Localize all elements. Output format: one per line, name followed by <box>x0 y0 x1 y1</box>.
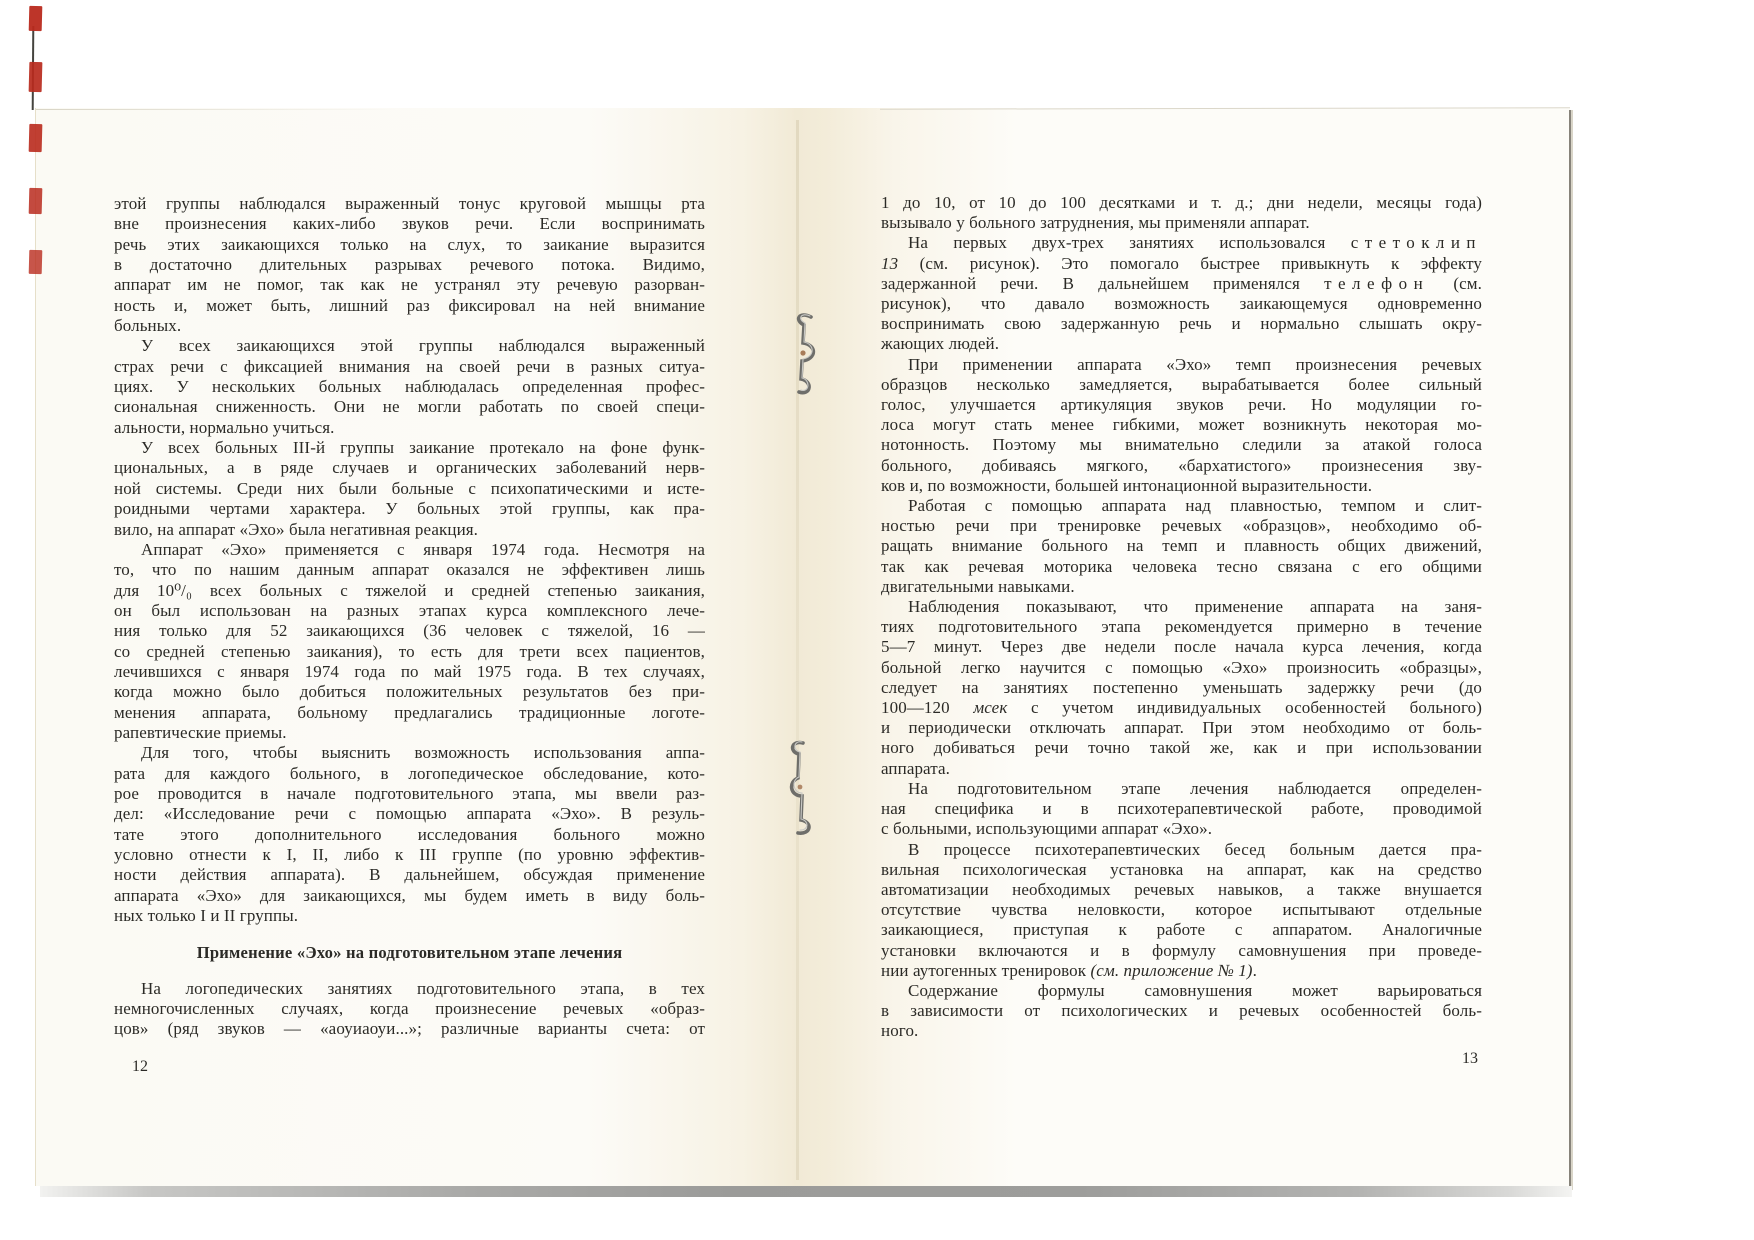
section-heading: Применение «Эхо» на подготовительном эта… <box>114 943 705 963</box>
text-line: рое проводится в начале подготовительног… <box>114 784 705 804</box>
edge-mark <box>29 6 43 31</box>
text-line: вне произнесения каких-либо звуков речи.… <box>114 214 705 234</box>
text-line: цов» (ряд звуков — «аоуиаоуи...»; различ… <box>114 1019 705 1039</box>
text-line: в достаточно длительных разрывах речевог… <box>114 255 705 275</box>
text-line: образцов несколько замедляется, вырабаты… <box>881 375 1482 395</box>
text-line: лечившихся с января 1974 года по май 197… <box>114 662 705 682</box>
page-edge-top-left <box>36 109 396 110</box>
text-line: ных только I и II группы. <box>114 906 705 926</box>
paragraph: Содержание формулы самовнушения может ва… <box>881 981 1482 1042</box>
paragraph: Наблюдения показывают, что применение ап… <box>881 597 1482 779</box>
page-number-right: 13 <box>1462 1050 1478 1068</box>
text-line: ков и, по возможности, большей интонацио… <box>881 476 1482 496</box>
text-line: установки включаются и в формулу самовну… <box>881 941 1482 961</box>
text-line: ная специфика и в психотерапевтической р… <box>881 799 1482 819</box>
text-line: циональных, а в ряде случаев и органичес… <box>114 458 705 478</box>
text-line: На логопедических занятиях подготовитель… <box>114 979 705 999</box>
text-line: рисунок), что давало возможность заикающ… <box>881 294 1482 314</box>
edge-mark <box>29 62 43 92</box>
text-line: роидными чертами характера. У больных эт… <box>114 499 705 519</box>
text-line: нии аутогенных тренировок (см. приложени… <box>881 961 1482 981</box>
text-line: ностью речи при тренировке речевых «обра… <box>881 516 1482 536</box>
text-line: сиональная сниженность. Они не могли раб… <box>114 397 705 417</box>
text-line: Работая с помощью аппарата над плавность… <box>881 496 1482 516</box>
text-line: ращать внимание больного на темп и плавн… <box>881 536 1482 556</box>
edge-mark <box>29 250 43 274</box>
paragraph: На первых двух-трех занятиях использовал… <box>881 233 1482 354</box>
text-line: На первых двух-трех занятиях использовал… <box>881 233 1482 253</box>
text-line: этой группы наблюдался выраженный тонус … <box>114 194 705 214</box>
text-line: аппарата. <box>881 759 1482 779</box>
text-line: больной легко научится с помощью «Эхо» п… <box>881 658 1482 678</box>
text-line: ность и, может быть, лишний раз фиксиров… <box>114 296 705 316</box>
gutter-crease <box>796 120 799 1180</box>
paragraph: В процессе психотерапевтических бесед бо… <box>881 840 1482 981</box>
text-line: речь этих заикающихся только на слух, то… <box>114 235 705 255</box>
text-line: В процессе психотерапевтических бесед бо… <box>881 840 1482 860</box>
text-line: рапевтические приемы. <box>114 723 705 743</box>
text-line: ности действия аппарата). В дальнейшем, … <box>114 865 705 885</box>
page-left-text: этой группы наблюдался выраженный тонус … <box>114 194 705 1040</box>
text-line: ного добиваться речи точно такой же, как… <box>881 738 1482 758</box>
text-line: Наблюдения показывают, что применение ап… <box>881 597 1482 617</box>
paragraph: У всех больных III-й группы заикание про… <box>114 438 705 540</box>
text-line: со средней степенью заикания), то есть д… <box>114 642 705 662</box>
text-line: условно отнести к I, II, либо к III груп… <box>114 845 705 865</box>
text-line: 5—7 минут. Через две недели после начала… <box>881 637 1482 657</box>
text-line: вызывало у больного затруднения, мы прим… <box>881 213 1482 233</box>
paragraph: При применении аппарата «Эхо» темп произ… <box>881 355 1482 496</box>
text-line: в зависимости от психологических и речев… <box>881 1001 1482 1021</box>
text-line: ного. <box>881 1021 1482 1041</box>
paragraph: этой группы наблюдался выраженный тонус … <box>114 194 705 336</box>
text-line: ния только для 52 заикающихся (36 челове… <box>114 621 705 641</box>
text-line: У всех больных III-й группы заикание про… <box>114 438 705 458</box>
text-line: двигательными навыками. <box>881 577 1482 597</box>
page-edge-right-highlight <box>1571 110 1573 1190</box>
text-line: жающих людей. <box>881 334 1482 354</box>
text-line: 100—120 мсек с учетом индивидуальных осо… <box>881 698 1482 718</box>
text-line: тате этого дополнительного исследования … <box>114 825 705 845</box>
text-line: следует на занятиях постепенно уменьшать… <box>881 678 1482 698</box>
paragraph: На подготовительном этапе лечения наблюд… <box>881 779 1482 840</box>
text-line: голос, улучшается артикуляция звуков реч… <box>881 395 1482 415</box>
text-line: альности, нормально учиться. <box>114 418 705 438</box>
text-line: воспринимать свою задержанную речь и нор… <box>881 314 1482 334</box>
staple-icon <box>786 738 818 840</box>
text-line: Аппарат «Эхо» применяется с января 1974 … <box>114 540 705 560</box>
text-line: аппарат им не помог, так как не устранял… <box>114 275 705 295</box>
text-line: аппарата «Эхо» для заикающихся, мы будем… <box>114 886 705 906</box>
staple-icon <box>792 310 822 406</box>
text-line: 13 (см. рисунок). Это помогало быстрее п… <box>881 254 1482 274</box>
text-line: лоса могут стать менее гибкими, может во… <box>881 415 1482 435</box>
text-line: заикающиеся, приступая к работе с аппара… <box>881 920 1482 940</box>
text-line: когда можно было добиться положительных … <box>114 682 705 702</box>
text-line: тиях подготовительного этапа рекомендует… <box>881 617 1482 637</box>
text-line: больных. <box>114 316 705 336</box>
text-line: циях. У нескольких больных наблюдалась о… <box>114 377 705 397</box>
text-line: дел: «Исследование речи с помощью аппара… <box>114 804 705 824</box>
text-line: отсутствие чувства неловкости, которое и… <box>881 900 1482 920</box>
paragraph: Работая с помощью аппарата над плавность… <box>881 496 1482 597</box>
page-number-left: 12 <box>132 1058 148 1076</box>
paragraph: Аппарат «Эхо» применяется с января 1974 … <box>114 540 705 743</box>
paragraph: 1 до 10, от 10 до 100 десятками и т. д.;… <box>881 193 1482 233</box>
text-line: так как речевая моторика человека тесно … <box>881 557 1482 577</box>
text-line: ной системы. Среди них были больные с пс… <box>114 479 705 499</box>
text-line: 1 до 10, от 10 до 100 десятками и т. д.;… <box>881 193 1482 213</box>
text-line: вило, на аппарат «Эхо» была негативная р… <box>114 520 705 540</box>
text-line: При применении аппарата «Эхо» темп произ… <box>881 355 1482 375</box>
text-line: вильная психологическая установка на апп… <box>881 860 1482 880</box>
edge-mark <box>29 124 43 152</box>
text-line: автоматизации необходимых речевых навыко… <box>881 880 1482 900</box>
edge-mark <box>29 188 43 214</box>
text-line: с больными, использующими аппарат «Эхо». <box>881 819 1482 839</box>
paragraph: Для того, чтобы выяснить возможность исп… <box>114 743 705 926</box>
text-line: немногочисленных случаях, когда произнес… <box>114 999 705 1019</box>
text-line: и периодически отключать аппарат. При эт… <box>881 718 1482 738</box>
paragraph: У всех заикающихся этой группы наблюдалс… <box>114 336 705 438</box>
text-line: Для того, чтобы выяснить возможность исп… <box>114 743 705 763</box>
text-line: для 10⁰/₀ всех больных с тяжелой и средн… <box>114 581 705 601</box>
text-line: то, что по нашим данным аппарат оказался… <box>114 560 705 580</box>
text-line: нотонность. Поэтому мы внимательно следи… <box>881 435 1482 455</box>
text-line: На подготовительном этапе лечения наблюд… <box>881 779 1482 799</box>
book-scan: этой группы наблюдался выраженный тонус … <box>0 0 1754 1240</box>
text-line: он был использован на разных этапах курс… <box>114 601 705 621</box>
text-line: менения аппарата, больному предлагались … <box>114 703 705 723</box>
text-line: У всех заикающихся этой группы наблюдалс… <box>114 336 705 356</box>
text-line: Содержание формулы самовнушения может ва… <box>881 981 1482 1001</box>
page-right-text: 1 до 10, от 10 до 100 десятками и т. д.;… <box>881 193 1482 1042</box>
paragraph: На логопедических занятиях подготовитель… <box>114 979 705 1040</box>
scanner-shadow <box>40 1186 1572 1197</box>
text-line: задержанной речи. В дальнейшем применялс… <box>881 274 1482 294</box>
text-line: страх речи с фиксацией внимания на своей… <box>114 357 705 377</box>
text-line: рата для каждого больного, в логопедичес… <box>114 764 705 784</box>
text-line: больного, добиваясь мягкого, «бархатисто… <box>881 456 1482 476</box>
